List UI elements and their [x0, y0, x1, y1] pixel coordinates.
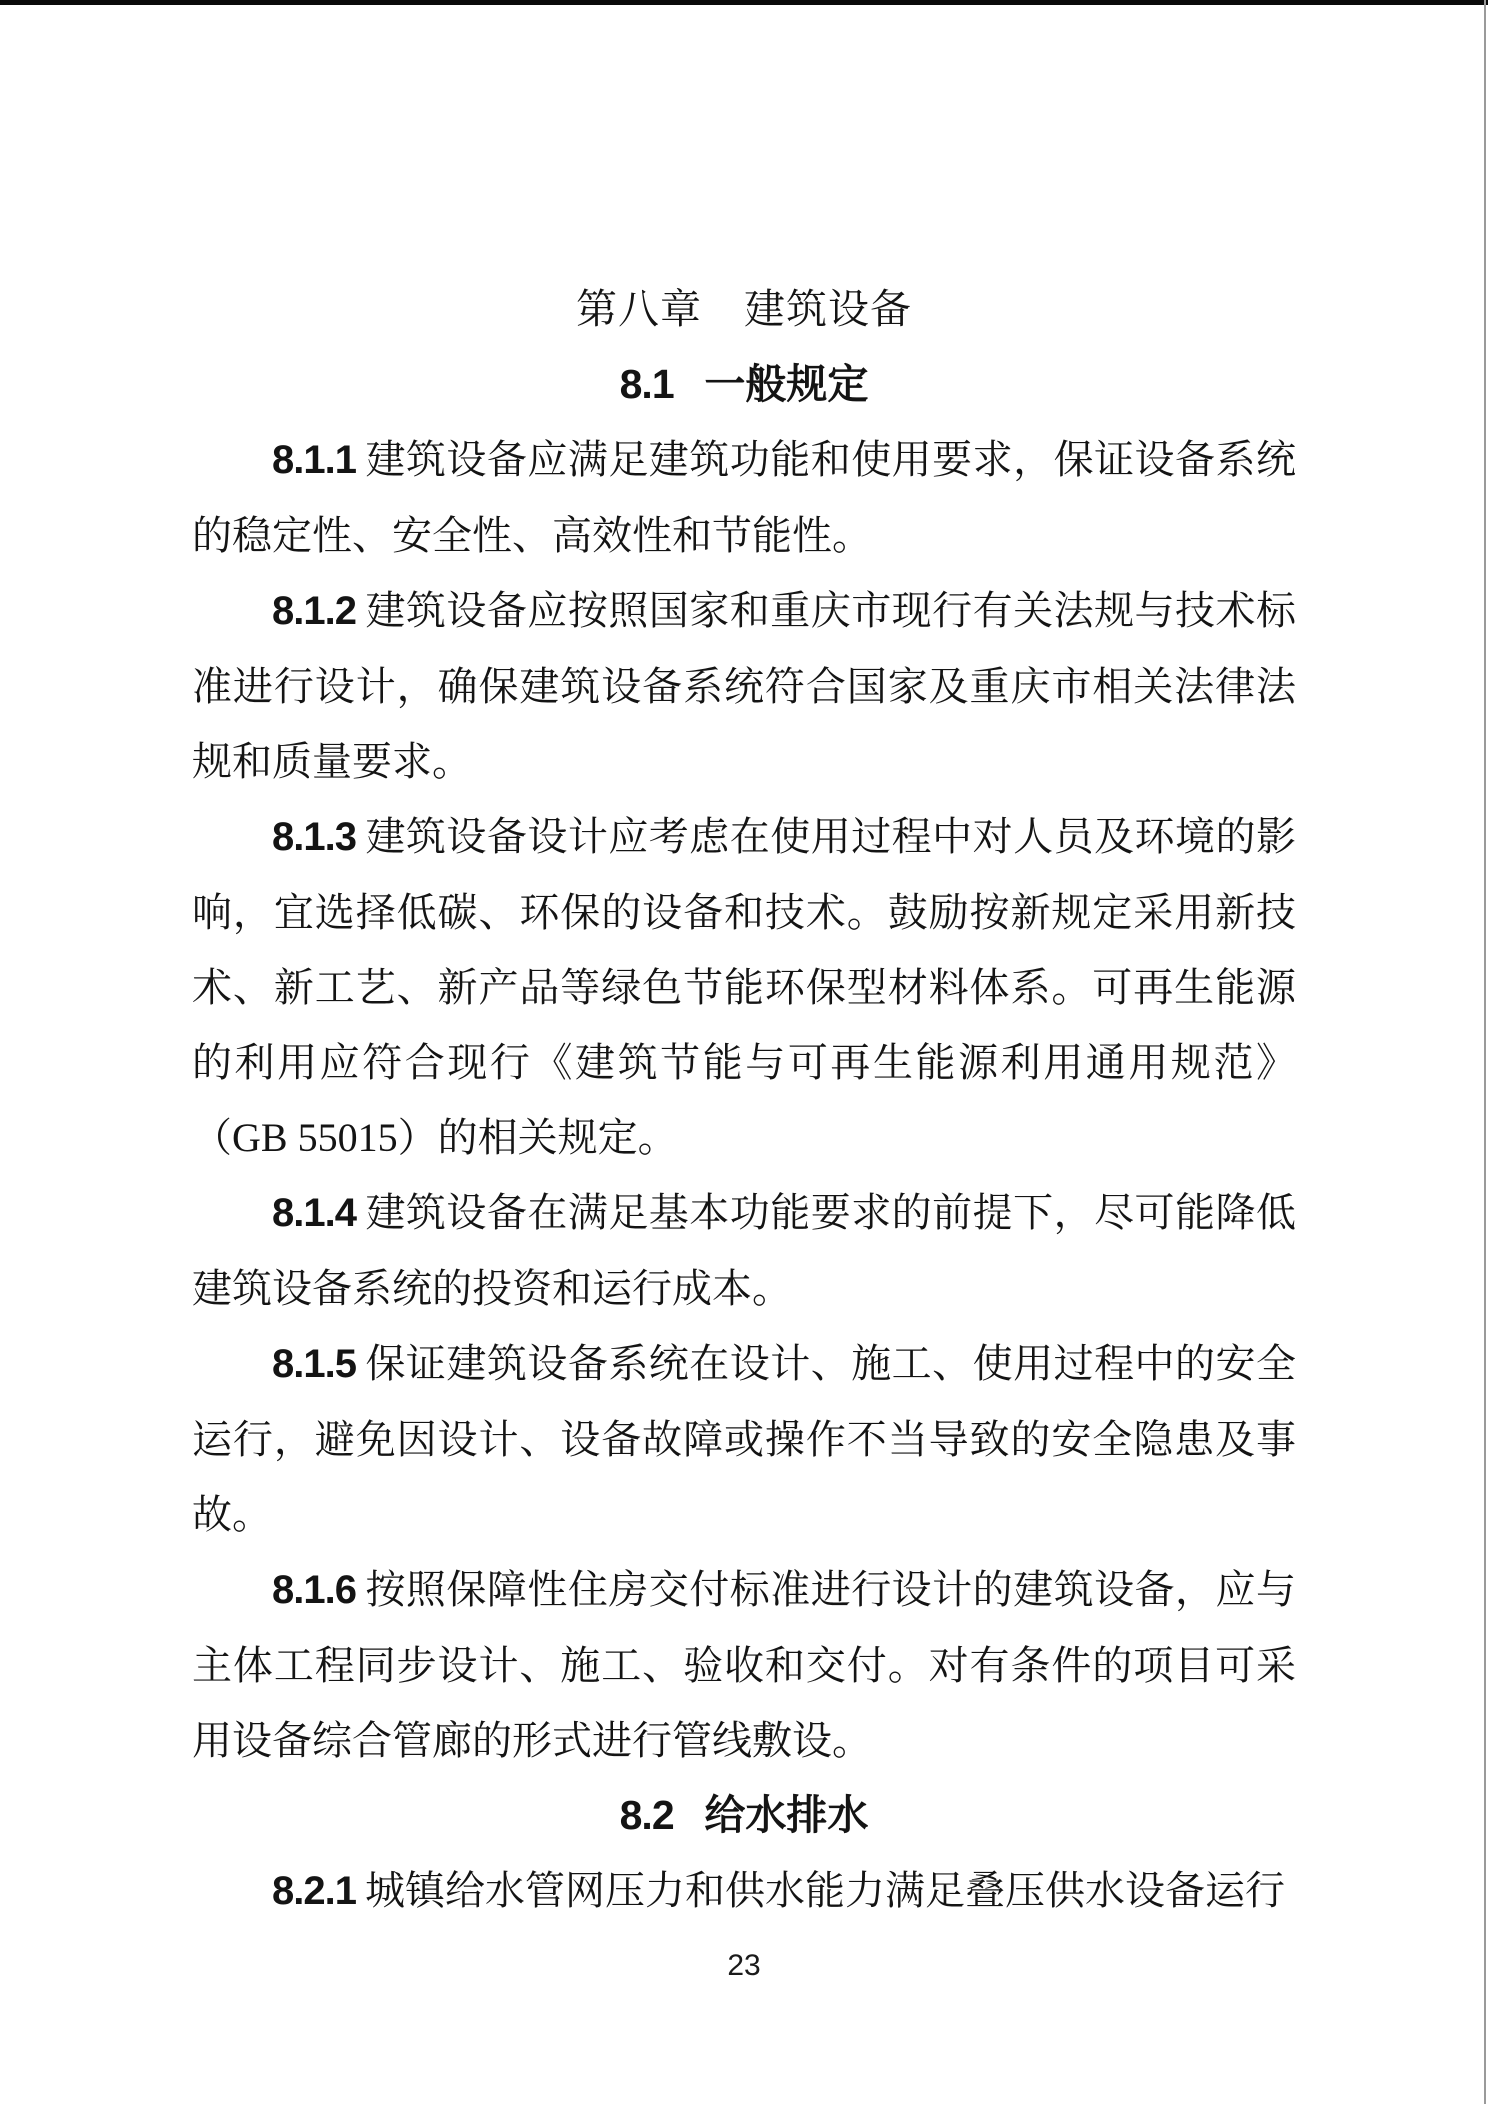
clause-number: 8.1.1 [272, 438, 356, 482]
clause-8-1-3: 8.1.3建筑设备设计应考虑在使用过程中对人员及环境的影响，宜选择低碳、环保的设… [192, 799, 1296, 1175]
section-number: 8.1 [620, 361, 674, 407]
section-heading-8-2: 8.2给水排水 [192, 1778, 1296, 1853]
clause-8-1-5: 8.1.5保证建筑设备系统在设计、施工、使用过程中的安全运行，避免因设计、设备故… [192, 1326, 1296, 1552]
clause-text: 保证建筑设备系统在设计、施工、使用过程中的安全运行，避免因设计、设备故障或操作不… [192, 1341, 1296, 1537]
scan-top-edge [0, 0, 1488, 5]
clause-text: 建筑设备应满足建筑功能和使用要求，保证设备系统的稳定性、安全性、高效性和节能性。 [192, 437, 1296, 558]
section-title: 给水排水 [704, 1792, 868, 1838]
clause-text: 城镇给水管网压力和供水能力满足叠压供水设备运行 [365, 1868, 1285, 1913]
scan-right-edge [1484, 0, 1486, 2104]
clause-8-1-1: 8.1.1建筑设备应满足建筑功能和使用要求，保证设备系统的稳定性、安全性、高效性… [192, 422, 1296, 573]
clause-number: 8.1.6 [272, 1568, 356, 1612]
clause-8-1-4: 8.1.4建筑设备在满足基本功能要求的前提下，尽可能降低建筑设备系统的投资和运行… [192, 1175, 1296, 1326]
chapter-title: 第八章 建筑设备 [192, 272, 1296, 347]
section-number: 8.2 [620, 1792, 674, 1838]
clause-number: 8.1.4 [272, 1191, 356, 1235]
clause-text: 按照保障性住房交付标准进行设计的建筑设备，应与主体工程同步设计、施工、验收和交付… [192, 1567, 1296, 1763]
page-number: 23 [0, 1945, 1488, 1987]
clause-8-2-1: 8.2.1城镇给水管网压力和供水能力满足叠压供水设备运行 [192, 1853, 1296, 1929]
clause-text: 建筑设备设计应考虑在使用过程中对人员及环境的影响，宜选择低碳、环保的设备和技术。… [192, 814, 1296, 1160]
clause-number: 8.2.1 [272, 1869, 356, 1913]
section-title: 一般规定 [704, 361, 868, 407]
page-content: 第八章 建筑设备 8.1一般规定 8.1.1建筑设备应满足建筑功能和使用要求，保… [192, 272, 1296, 1929]
clause-8-1-2: 8.1.2建筑设备应按照国家和重庆市现行有关法规与技术标准进行设计，确保建筑设备… [192, 573, 1296, 799]
clause-number: 8.1.5 [272, 1342, 356, 1386]
clause-8-1-6: 8.1.6按照保障性住房交付标准进行设计的建筑设备，应与主体工程同步设计、施工、… [192, 1552, 1296, 1778]
section-heading-8-1: 8.1一般规定 [192, 347, 1296, 422]
clause-number: 8.1.2 [272, 589, 356, 633]
clause-text: 建筑设备在满足基本功能要求的前提下，尽可能降低建筑设备系统的投资和运行成本。 [192, 1190, 1296, 1311]
clause-number: 8.1.3 [272, 815, 356, 859]
document-page: 第八章 建筑设备 8.1一般规定 8.1.1建筑设备应满足建筑功能和使用要求，保… [0, 0, 1488, 2104]
clause-text: 建筑设备应按照国家和重庆市现行有关法规与技术标准进行设计，确保建筑设备系统符合国… [192, 588, 1296, 784]
